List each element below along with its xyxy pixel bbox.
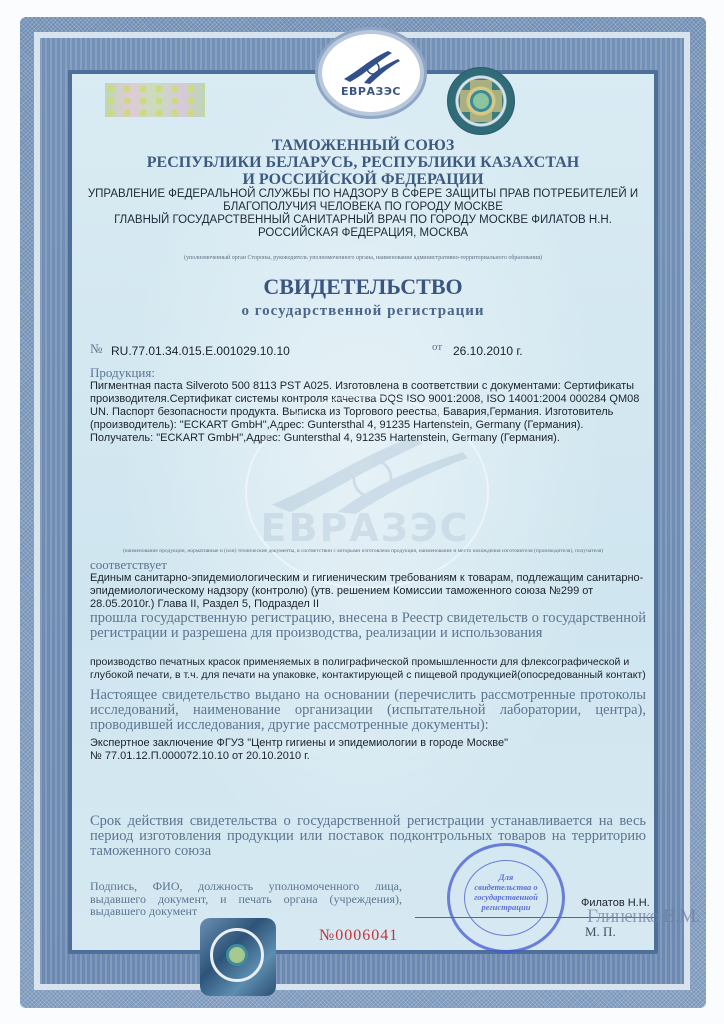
authority-note: (уполномоченный орган Стороны, руководит…	[80, 255, 646, 261]
certificate-subtitle: о государственной регистрации	[80, 302, 646, 320]
certificate-title: СВИДЕТЕЛЬСТВО	[80, 275, 646, 299]
validity-text: Срок действия свидетельства о государств…	[90, 814, 646, 859]
union-members-line: РЕСПУБЛИКИ БЕЛАРУСЬ, РЕСПУБЛИКИ КАЗАХСТА…	[80, 154, 646, 171]
emblem-label: ЕВРАЗЭС	[341, 85, 401, 98]
eurasec-emblem: ЕВРАЗЭС	[318, 30, 424, 116]
hologram-strip	[105, 83, 205, 117]
product-label: Продукция:	[90, 365, 155, 381]
product-note: (наименование продукции, нормативные и (…	[80, 548, 646, 554]
basis-label: Настоящее свидетельство выдано на основа…	[90, 688, 646, 733]
authority-line: РОССИЙСКАЯ ФЕДЕРАЦИЯ, МОСКВА	[80, 227, 646, 240]
basis-text: Экспертное заключение ФГУЗ "Центр гигиен…	[90, 737, 510, 763]
union-title: ТАМОЖЕННЫЙ СОЮЗ	[80, 137, 646, 154]
authority-line: БЛАГОПОЛУЧИЯ ЧЕЛОВЕКА ПО ГОРОДУ МОСКВЕ	[80, 201, 646, 214]
hologram-sticker-icon	[200, 918, 276, 996]
registration-label: прошла государственную регистрацию, внес…	[90, 611, 646, 641]
eurasec-watermark: ЕВРАЗЭС	[245, 430, 485, 550]
certificate-number: RU.77.01.34.015.E.001029.10.10	[111, 345, 290, 358]
seal-place-label: М. П.	[585, 924, 616, 940]
authority-line: ГЛАВНЫЙ ГОСУДАРСТВЕННЫЙ САНИТАРНЫЙ ВРАЧ …	[80, 214, 646, 227]
registration-usage: производство печатных красок применяемых…	[90, 656, 646, 682]
compliance-label: соответствует	[90, 557, 167, 573]
union-members-line: И РОССИЙСКОЙ ФЕДЕРАЦИИ	[80, 171, 646, 188]
eurasec-logo-icon	[340, 49, 402, 85]
certificate-date: 26.10.2010 г.	[453, 345, 523, 358]
watermark-label: ЕВРАЗЭС	[261, 506, 470, 550]
authority-line: УПРАВЛЕНИЕ ФЕДЕРАЛЬНОЙ СЛУЖБЫ ПО НАДЗОРУ…	[80, 188, 646, 201]
number-label: №	[90, 341, 102, 357]
official-stamp: Для свидетельства о государственной реги…	[447, 843, 565, 953]
compliance-text: Единым санитарно-эпидемиологическим и ги…	[90, 572, 646, 611]
hologram-seal-icon	[447, 67, 515, 135]
signature-label: Подпись, ФИО, должность уполномоченного …	[90, 880, 402, 918]
blank-serial-number: №0006041	[319, 927, 398, 945]
stamp-text: Для свидетельства о государственной реги…	[474, 872, 538, 912]
date-label: от	[432, 341, 442, 353]
watermark-logo-icon	[245, 430, 485, 514]
